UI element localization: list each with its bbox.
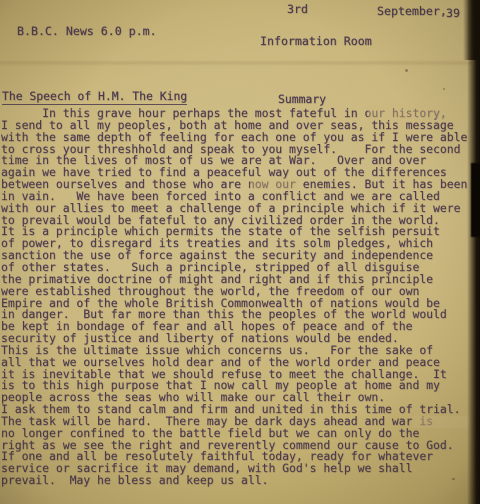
- paper-crease: [0, 60, 472, 66]
- date-day: 3rd: [287, 4, 308, 16]
- page-right-edge-top: [463, 0, 480, 60]
- department-label: Information Room: [260, 36, 372, 48]
- document-subtitle: Summary: [278, 94, 326, 106]
- typescript-body: In this grave hour perhaps the most fate…: [1, 108, 479, 487]
- page-right-edge-shadow: [467, 0, 480, 504]
- source-line: B.B.C. News 6.0 p.m.: [17, 26, 157, 38]
- page-right-edge-mid: [471, 163, 480, 237]
- date-month: September,: [377, 6, 447, 18]
- paper-speck: [405, 69, 408, 72]
- typescript-document-photo: 3rd September, 39 B.B.C. News 6.0 p.m. I…: [0, 0, 480, 504]
- paper-speck: [452, 478, 455, 480]
- date-year: 39: [446, 8, 460, 20]
- paper-speck: [443, 88, 445, 90]
- typescript-line: prevail. May he bless and keep us all.: [1, 475, 479, 487]
- document-title: The Speech of H.M. The King: [2, 91, 187, 105]
